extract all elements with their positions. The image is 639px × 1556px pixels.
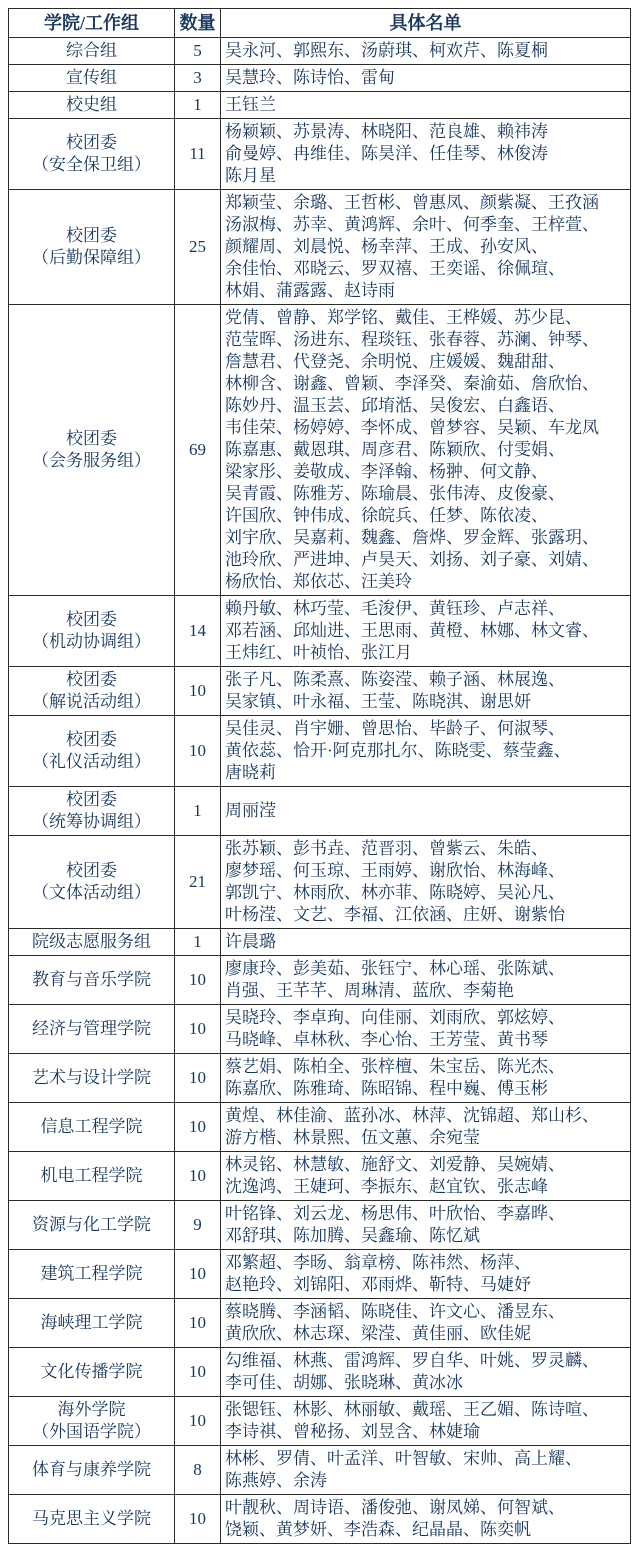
group-cell: 校团委 （机动协调组） <box>9 596 175 667</box>
names-cell: 周丽滢 <box>221 787 631 836</box>
table-row: 教育与音乐学院10廖康玲、彭美茹、张钰宁、林心瑶、张陈斌、 肖强、王芊芊、周琳清… <box>9 956 631 1005</box>
count-cell: 10 <box>175 1299 221 1348</box>
table-row: 校团委 （会务服务组）69党倩、曾静、郑学铭、戴佳、王桦媛、苏少昆、 范莹晖、汤… <box>9 305 631 596</box>
group-cell: 马克思主义学院 <box>9 1495 175 1544</box>
group-cell: 院级志愿服务组 <box>9 929 175 956</box>
group-cell: 校团委 （礼仪活动组） <box>9 716 175 787</box>
table-row: 校团委 （解说活动组）10张子凡、陈柔熹、陈姿滢、赖子涵、林展逸、 吴家镇、叶永… <box>9 667 631 716</box>
names-cell: 廖康玲、彭美茹、张钰宁、林心瑶、张陈斌、 肖强、王芊芊、周琳清、蓝欣、李菊艳 <box>221 956 631 1005</box>
table-row: 资源与化工学院9叶铭锋、刘云龙、杨思伟、叶欣怡、李嘉晔、 邓舒琪、陈加腾、吴鑫瑜… <box>9 1201 631 1250</box>
names-cell: 吴佳灵、肖宇姗、曾思怡、毕龄子、何淑琴、 黄依蕊、恰开·阿克那扎尔、陈晓雯、蔡莹… <box>221 716 631 787</box>
names-cell: 吴晓玲、李卓珣、向佳丽、刘雨欣、郭炫婷、 马晓峰、卓林秋、李心怡、王芳莹、黄书琴 <box>221 1005 631 1054</box>
group-cell: 文化传播学院 <box>9 1348 175 1397</box>
names-cell: 王钰兰 <box>221 92 631 119</box>
table-row: 校团委 （机动协调组）14赖丹敏、林巧莹、毛浚伊、黄钰珍、卢志祥、 邓若涵、邱灿… <box>9 596 631 667</box>
group-cell: 校团委 （会务服务组） <box>9 305 175 596</box>
table-row: 校团委 （安全保卫组）11杨颖颖、苏景涛、林晓阳、范良雄、赖祎涛 俞曼婷、冉维佳… <box>9 119 631 190</box>
count-cell: 10 <box>175 1397 221 1446</box>
group-cell: 校团委 （安全保卫组） <box>9 119 175 190</box>
group-cell: 校团委 （解说活动组） <box>9 667 175 716</box>
count-cell: 10 <box>175 1152 221 1201</box>
table-body: 综合组5吴永河、郭熙东、汤蔚琪、柯欢芹、陈夏桐宣传组3吴慧玲、陈诗怡、雷甸校史组… <box>9 38 631 1544</box>
count-cell: 1 <box>175 787 221 836</box>
group-cell: 海峡理工学院 <box>9 1299 175 1348</box>
table-row: 海外学院 （外国语学院）10张锶钰、林影、林丽敏、戴瑶、王乙媚、陈诗喧、 李诗祺… <box>9 1397 631 1446</box>
table-row: 经济与管理学院10吴晓玲、李卓珣、向佳丽、刘雨欣、郭炫婷、 马晓峰、卓林秋、李心… <box>9 1005 631 1054</box>
group-cell: 资源与化工学院 <box>9 1201 175 1250</box>
count-cell: 25 <box>175 190 221 305</box>
names-cell: 党倩、曾静、郑学铭、戴佳、王桦媛、苏少昆、 范莹晖、汤进东、程琰钰、张春蓉、苏澜… <box>221 305 631 596</box>
table-row: 建筑工程学院10邓繁超、李旸、翁章榜、陈祎然、杨萍、 赵艳玲、刘锦阳、邓雨烨、靳… <box>9 1250 631 1299</box>
table-row: 信息工程学院10黄煌、林佳渝、蓝孙冰、林萍、沈锦超、郑山杉、 游方楷、林景熙、伍… <box>9 1103 631 1152</box>
count-cell: 10 <box>175 1005 221 1054</box>
table-header: 学院/工作组 数量 具体名单 <box>9 9 631 38</box>
col-header-names: 具体名单 <box>221 9 631 38</box>
names-cell: 吴慧玲、陈诗怡、雷甸 <box>221 65 631 92</box>
count-cell: 5 <box>175 38 221 65</box>
names-cell: 张锶钰、林影、林丽敏、戴瑶、王乙媚、陈诗喧、 李诗祺、曾秘扬、刘昱含、林婕瑜 <box>221 1397 631 1446</box>
table-row: 校史组1王钰兰 <box>9 92 631 119</box>
count-cell: 1 <box>175 929 221 956</box>
names-cell: 蔡晓腾、李涵韬、陈晓佳、许文心、潘昱东、 黄欣欣、林志琛、梁滢、黄佳丽、欧佳妮 <box>221 1299 631 1348</box>
names-cell: 杨颖颖、苏景涛、林晓阳、范良雄、赖祎涛 俞曼婷、冉维佳、陈昊洋、任佳琴、林俊涛 … <box>221 119 631 190</box>
count-cell: 10 <box>175 1103 221 1152</box>
count-cell: 1 <box>175 92 221 119</box>
group-cell: 建筑工程学院 <box>9 1250 175 1299</box>
names-cell: 邓繁超、李旸、翁章榜、陈祎然、杨萍、 赵艳玲、刘锦阳、邓雨烨、靳特、马婕妤 <box>221 1250 631 1299</box>
count-cell: 10 <box>175 1054 221 1103</box>
table-row: 文化传播学院10勾维福、林燕、雷鸿辉、罗自华、叶姚、罗灵麟、 李可佳、胡娜、张晓… <box>9 1348 631 1397</box>
table-row: 海峡理工学院10蔡晓腾、李涵韬、陈晓佳、许文心、潘昱东、 黄欣欣、林志琛、梁滢、… <box>9 1299 631 1348</box>
table-row: 综合组5吴永河、郭熙东、汤蔚琪、柯欢芹、陈夏桐 <box>9 38 631 65</box>
count-cell: 8 <box>175 1446 221 1495</box>
group-cell: 经济与管理学院 <box>9 1005 175 1054</box>
group-cell: 综合组 <box>9 38 175 65</box>
group-cell: 体育与康养学院 <box>9 1446 175 1495</box>
table-row: 艺术与设计学院10蔡艺娟、陈柏全、张梓檀、朱宝岳、陈光杰、 陈嘉欣、陈雅琦、陈昭… <box>9 1054 631 1103</box>
names-cell: 叶铭锋、刘云龙、杨思伟、叶欣怡、李嘉晔、 邓舒琪、陈加腾、吴鑫瑜、陈忆斌 <box>221 1201 631 1250</box>
table-row: 校团委 （统筹协调组）1周丽滢 <box>9 787 631 836</box>
names-cell: 叶靓秋、周诗语、潘俊弛、谢凤娣、何智斌、 饶颖、黄梦妍、李浩森、纪晶晶、陈奕帆 <box>221 1495 631 1544</box>
group-cell: 校团委 （统筹协调组） <box>9 787 175 836</box>
table-row: 宣传组3吴慧玲、陈诗怡、雷甸 <box>9 65 631 92</box>
group-cell: 校团委 （后勤保障组） <box>9 190 175 305</box>
names-cell: 林彬、罗倩、叶孟洋、叶智敏、宋帅、高上耀、 陈燕婷、余涛 <box>221 1446 631 1495</box>
table-row: 校团委 （礼仪活动组）10吴佳灵、肖宇姗、曾思怡、毕龄子、何淑琴、 黄依蕊、恰开… <box>9 716 631 787</box>
names-cell: 许晨璐 <box>221 929 631 956</box>
table-row: 马克思主义学院10叶靓秋、周诗语、潘俊弛、谢凤娣、何智斌、 饶颖、黄梦妍、李浩森… <box>9 1495 631 1544</box>
group-cell: 艺术与设计学院 <box>9 1054 175 1103</box>
count-cell: 10 <box>175 1495 221 1544</box>
table-row: 院级志愿服务组1许晨璐 <box>9 929 631 956</box>
names-cell: 吴永河、郭熙东、汤蔚琪、柯欢芹、陈夏桐 <box>221 38 631 65</box>
names-cell: 郑颖莹、余璐、王哲彬、曾惠凤、颜紫凝、王孜涵 汤淑梅、苏幸、黄鸿辉、余叶、何季奎… <box>221 190 631 305</box>
count-cell: 14 <box>175 596 221 667</box>
count-cell: 10 <box>175 716 221 787</box>
group-cell: 信息工程学院 <box>9 1103 175 1152</box>
table-row: 校团委 （文体活动组）21张苏颖、彭书垚、范晋羽、曾紫云、朱皓、 廖梦瑶、何玉琼… <box>9 836 631 929</box>
group-cell: 校史组 <box>9 92 175 119</box>
group-cell: 海外学院 （外国语学院） <box>9 1397 175 1446</box>
count-cell: 10 <box>175 956 221 1005</box>
group-cell: 教育与音乐学院 <box>9 956 175 1005</box>
count-cell: 21 <box>175 836 221 929</box>
names-cell: 赖丹敏、林巧莹、毛浚伊、黄钰珍、卢志祥、 邓若涵、邱灿进、王思雨、黄橙、林娜、林… <box>221 596 631 667</box>
count-cell: 11 <box>175 119 221 190</box>
names-cell: 张子凡、陈柔熹、陈姿滢、赖子涵、林展逸、 吴家镇、叶永福、王莹、陈晓淇、谢思妍 <box>221 667 631 716</box>
names-cell: 林灵铭、林慧敏、施舒文、刘爱静、吴婉婧、 沈逸鸿、王婕珂、李振东、赵宜钦、张志峰 <box>221 1152 631 1201</box>
col-header-count: 数量 <box>175 9 221 38</box>
count-cell: 10 <box>175 1250 221 1299</box>
table-row: 机电工程学院10林灵铭、林慧敏、施舒文、刘爱静、吴婉婧、 沈逸鸿、王婕珂、李振东… <box>9 1152 631 1201</box>
names-cell: 张苏颖、彭书垚、范晋羽、曾紫云、朱皓、 廖梦瑶、何玉琼、王雨婷、谢欣怡、林海峰、… <box>221 836 631 929</box>
count-cell: 9 <box>175 1201 221 1250</box>
table-row: 体育与康养学院8林彬、罗倩、叶孟洋、叶智敏、宋帅、高上耀、 陈燕婷、余涛 <box>9 1446 631 1495</box>
group-cell: 机电工程学院 <box>9 1152 175 1201</box>
document-page: 学院/工作组 数量 具体名单 综合组5吴永河、郭熙东、汤蔚琪、柯欢芹、陈夏桐宣传… <box>0 0 639 1556</box>
names-cell: 黄煌、林佳渝、蓝孙冰、林萍、沈锦超、郑山杉、 游方楷、林景熙、伍文蕙、余宛莹 <box>221 1103 631 1152</box>
table-row: 校团委 （后勤保障组）25郑颖莹、余璐、王哲彬、曾惠凤、颜紫凝、王孜涵 汤淑梅、… <box>9 190 631 305</box>
count-cell: 10 <box>175 667 221 716</box>
volunteer-roster-table: 学院/工作组 数量 具体名单 综合组5吴永河、郭熙东、汤蔚琪、柯欢芹、陈夏桐宣传… <box>8 8 631 1544</box>
group-cell: 校团委 （文体活动组） <box>9 836 175 929</box>
group-cell: 宣传组 <box>9 65 175 92</box>
names-cell: 蔡艺娟、陈柏全、张梓檀、朱宝岳、陈光杰、 陈嘉欣、陈雅琦、陈昭锦、程中巍、傅玉彬 <box>221 1054 631 1103</box>
count-cell: 3 <box>175 65 221 92</box>
col-header-group: 学院/工作组 <box>9 9 175 38</box>
count-cell: 69 <box>175 305 221 596</box>
names-cell: 勾维福、林燕、雷鸿辉、罗自华、叶姚、罗灵麟、 李可佳、胡娜、张晓琳、黄冰冰 <box>221 1348 631 1397</box>
count-cell: 10 <box>175 1348 221 1397</box>
header-row: 学院/工作组 数量 具体名单 <box>9 9 631 38</box>
